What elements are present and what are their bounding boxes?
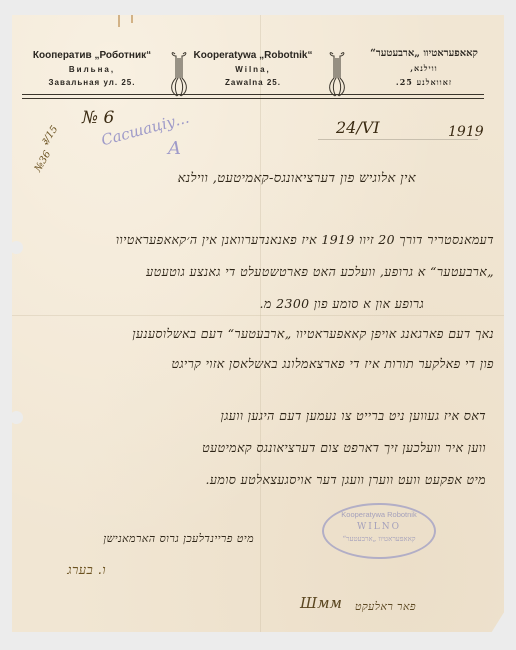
date-day-month: 24/VI bbox=[336, 118, 380, 137]
body-line: מיט אפקעט וועט ווערן וועגן דער אויסגעצאל… bbox=[206, 472, 486, 488]
pencil-initials: A bbox=[168, 138, 181, 159]
stain bbox=[131, 15, 133, 23]
body-line: נאך דעם פארגאנג אויפן קאאפעראטיוו „ארבעט… bbox=[132, 326, 494, 342]
stamp-yiddish-name: קאאפעראטיוו „ארבעטער“ bbox=[324, 535, 434, 543]
letterhead-polish: Kooperatywa „Robotnik“ Wilna, Zawalna 25… bbox=[188, 50, 318, 87]
letterhead-russian-city: Вильна, bbox=[22, 65, 162, 74]
body-line: ווען איר וועלכען זיך דארפט צום דערציאונג… bbox=[202, 440, 486, 456]
addressee-line: אין אלוגיש פון דערציאונגס-קאמיטעט, ווילנ… bbox=[178, 170, 416, 186]
fold-line-vertical bbox=[260, 15, 261, 632]
date-line bbox=[318, 139, 478, 140]
letterhead-yiddish-city: ווילנא, bbox=[354, 63, 494, 73]
letterhead-russian-name: Кооператив „Роботник“ bbox=[22, 50, 162, 61]
date-year: 1919 bbox=[448, 124, 484, 140]
letterhead-russian: Кооператив „Роботник“ Вильна, Завальная … bbox=[22, 50, 162, 87]
letterhead-yiddish-address: זאוואלנע 25. bbox=[354, 77, 494, 87]
letterhead-polish-city: Wilna, bbox=[188, 65, 318, 74]
punch-hole bbox=[10, 411, 23, 424]
body-line: דעמאנסטריר דורך 20 זיוו 1919 איז פאנאנדע… bbox=[116, 232, 494, 248]
art-nouveau-ornament-icon bbox=[326, 48, 348, 98]
letterhead-russian-address: Завальная ул. 25. bbox=[22, 78, 162, 87]
letterhead-yiddish-name: קאאפעראטיוו „ארבעטער“ bbox=[354, 48, 494, 59]
letterhead-yiddish: קאאפעראטיוו „ארבעטער“ ווילנא, זאוואלנע 2… bbox=[354, 48, 494, 87]
punch-hole bbox=[10, 241, 23, 254]
letterhead-polish-name: Kooperatywa „Robotnik“ bbox=[188, 50, 318, 61]
letterhead-polish-address: Zawalna 25. bbox=[188, 78, 318, 87]
cooperative-stamp: Kooperatywa Robotnik WILNO קאאפעראטיוו „… bbox=[322, 503, 436, 559]
art-nouveau-ornament-icon bbox=[168, 48, 190, 98]
body-line: גרופע און א סומע פון 2300 מ. bbox=[260, 296, 424, 312]
body-line: פון די פאלקער תורות איז די פארצאמלונג בא… bbox=[171, 356, 494, 372]
closing-salutation: מיט פריינדלעכן גרוס הארמאנישן bbox=[103, 532, 254, 545]
stamp-city: WILNO bbox=[324, 522, 434, 532]
body-line: דאס איז געווען ניט ברייט צו נעמען דעם הי… bbox=[221, 408, 486, 424]
letterhead-rule bbox=[22, 94, 484, 99]
signature-1: ו. בערג bbox=[67, 562, 106, 578]
signature-2: Шмм bbox=[300, 594, 342, 612]
signature-2-label: פאר ראלעקט bbox=[355, 600, 416, 613]
document-number: № 6 bbox=[82, 108, 114, 128]
body-line: „ארבעטער“ א גרופע, וועלכע האט פארטשטעלט … bbox=[146, 264, 494, 280]
stamp-name: Kooperatywa Robotnik bbox=[324, 510, 434, 519]
stain bbox=[118, 15, 120, 27]
fold-line-horizontal bbox=[12, 315, 504, 316]
